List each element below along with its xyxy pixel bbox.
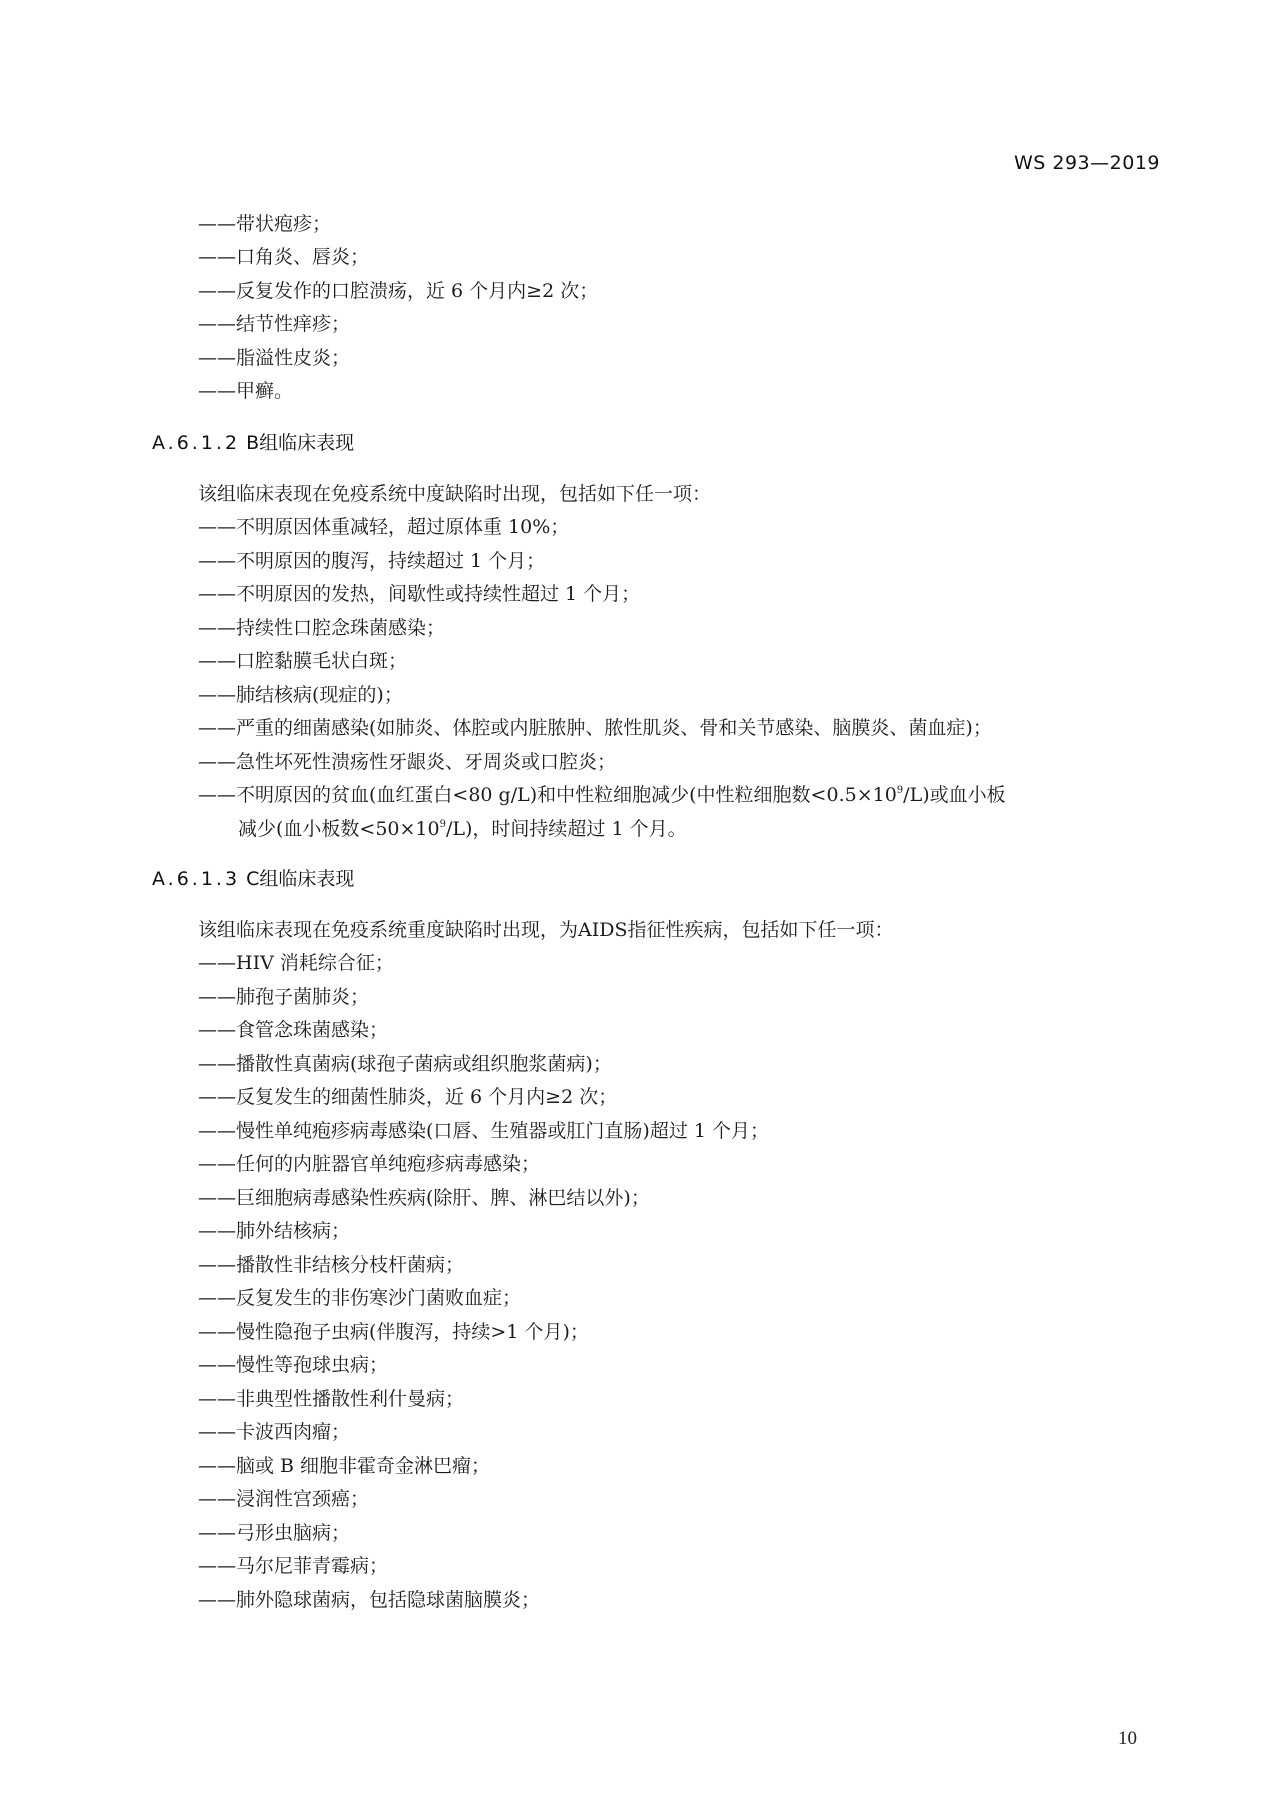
list-item: ——食管念珠菌感染； (198, 1018, 388, 1042)
section-title: C组临床表现 (246, 868, 354, 890)
list-item: ——非典型性播散性利什曼病； (198, 1387, 464, 1411)
list-item: ——反复发生的细菌性肺炎，近 6 个月内≥2 次； (198, 1085, 617, 1109)
list-item: ——急性坏死性溃疡性牙龈炎、牙周炎或口腔炎； (198, 750, 616, 774)
standard-code-header: WS 293—2019 (1014, 152, 1160, 174)
list-item: ——口腔黏膜毛状白斑； (198, 649, 407, 673)
list-item: ——浸润性宫颈癌； (198, 1487, 369, 1511)
section-number: A.6.1.2 (152, 432, 240, 454)
list-item: ——慢性等孢球虫病； (198, 1353, 388, 1377)
list-item: ——卡波西肉瘤； (198, 1420, 350, 1444)
list-item: ——弓形虫脑病； (198, 1521, 350, 1545)
text-fragment: /L)，时间持续超过 1 个月。 (446, 818, 687, 840)
list-item: ——播散性非结核分枝杆菌病； (198, 1253, 464, 1277)
list-item: ——不明原因体重减轻，超过原体重 10%； (198, 515, 569, 539)
list-item: ——播散性真菌病(球孢子菌病或组织胞浆菌病)； (198, 1052, 612, 1076)
list-item: ——持续性口腔念珠菌感染； (198, 616, 445, 640)
section-number: A.6.1.3 (152, 868, 240, 890)
page-number: 10 (1118, 1728, 1137, 1750)
list-item: ——HIV 消耗综合征； (198, 951, 394, 975)
list-item: ——口角炎、唇炎； (198, 245, 369, 269)
list-item: ——脂溢性皮炎； (198, 346, 350, 370)
text-fragment: ——不明原因的贫血(血红蛋白<80 g/L)和中性粒细胞减少(中性粒细胞数<0.… (198, 784, 897, 806)
list-item: ——反复发作的口腔溃疡，近 6 个月内≥2 次； (198, 279, 598, 303)
list-item: ——甲癣。 (198, 379, 293, 403)
section-intro: 该组临床表现在免疫系统重度缺陷时出现，为AIDS指征性疾病，包括如下任一项： (198, 918, 893, 942)
text-fragment: 减少(血小板数<50×10 (238, 818, 440, 840)
list-item: ——肺外隐球菌病，包括隐球菌脑膜炎； (198, 1588, 540, 1612)
section-intro: 该组临床表现在免疫系统中度缺陷时出现，包括如下任一项： (198, 482, 711, 506)
section-title: B组临床表现 (246, 432, 354, 454)
list-item: ——慢性隐孢子虫病(伴腹泻，持续>1 个月)； (198, 1320, 589, 1344)
list-item: ——不明原因的腹泻，持续超过 1 个月； (198, 549, 545, 573)
list-item: ——脑或 B 细胞非霍奇金淋巴瘤； (198, 1454, 490, 1478)
list-item-anemia: ——不明原因的贫血(血红蛋白<80 g/L)和中性粒细胞减少(中性粒细胞数<0.… (198, 783, 1006, 807)
list-item: ——肺孢子菌肺炎； (198, 985, 369, 1009)
list-item: ——慢性单纯疱疹病毒感染(口唇、生殖器或肛门直肠)超过 1 个月； (198, 1119, 769, 1143)
text-fragment: /L)或血小板 (903, 784, 1005, 806)
list-item: ——严重的细菌感染(如肺炎、体腔或内脏脓肿、脓性肌炎、骨和关节感染、脑膜炎、菌血… (198, 716, 992, 740)
list-item: ——马尔尼菲青霉病； (198, 1554, 388, 1578)
list-item: ——带状疱疹； (198, 212, 331, 236)
list-item: ——任何的内脏器官单纯疱疹病毒感染； (198, 1152, 540, 1176)
list-item: ——不明原因的发热，间歇性或持续性超过 1 个月； (198, 582, 640, 606)
list-item: ——肺外结核病； (198, 1219, 350, 1243)
list-item: ——结节性痒疹； (198, 312, 350, 336)
list-item: ——反复发生的非伤寒沙门菌败血症； (198, 1286, 521, 1310)
list-item: ——巨细胞病毒感染性疾病(除肝、脾、淋巴结以外)； (198, 1186, 650, 1210)
list-item: ——肺结核病(现症的)； (198, 683, 403, 707)
section-heading-c: A.6.1.3C组临床表现 (152, 867, 354, 891)
section-heading-b: A.6.1.2B组临床表现 (152, 431, 354, 455)
list-item-anemia-continued: 减少(血小板数<50×109/L)，时间持续超过 1 个月。 (238, 817, 687, 841)
